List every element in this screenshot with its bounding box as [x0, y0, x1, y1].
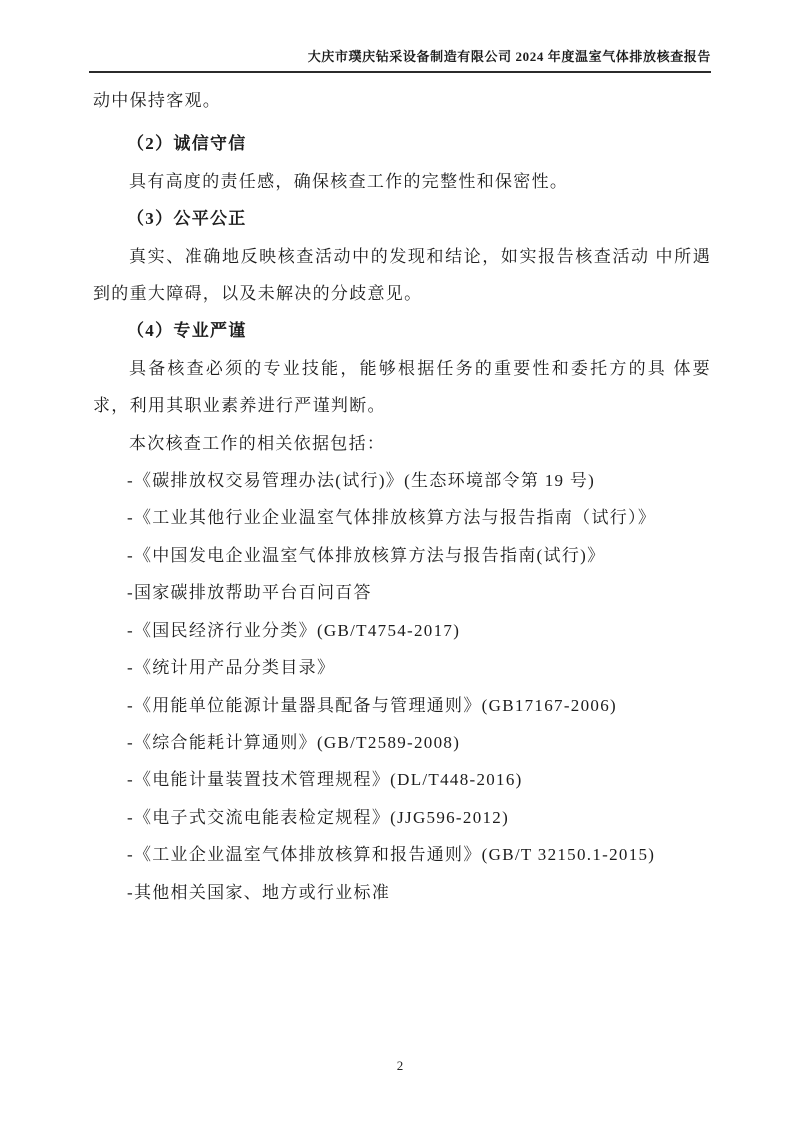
section-heading-4: （4）专业严谨: [93, 312, 711, 349]
page-header-title: 大庆市璞庆钻采设备制造有限公司 2024 年度温室气体排放核查报告: [89, 46, 711, 73]
section-body-4: 具备核查必须的专业技能，能够根据任务的重要性和委托方的具 体要求，利用其职业素养…: [93, 350, 711, 425]
list-item: -《碳排放权交易管理办法(试行)》(生态环境部令第 19 号): [93, 462, 711, 499]
list-item: -国家碳排放帮助平台百问百答: [93, 574, 711, 611]
list-item: -《综合能耗计算通则》(GB/T2589-2008): [93, 724, 711, 761]
section-body-3: 真实、准确地反映核查活动中的发现和结论，如实报告核查活动 中所遇到的重大障碍，以…: [93, 238, 711, 313]
list-item: -《工业其他行业企业温室气体排放核算方法与报告指南（试行）》: [93, 499, 711, 536]
list-item: -《电能计量装置技术管理规程》(DL/T448-2016): [93, 761, 711, 798]
section-body-2: 具有高度的责任感，确保核查工作的完整性和保密性。: [93, 163, 711, 200]
section-heading-2: （2）诚信守信: [93, 125, 711, 162]
basis-reference-list: -《碳排放权交易管理办法(试行)》(生态环境部令第 19 号) -《工业其他行业…: [93, 462, 711, 911]
list-item: -其他相关国家、地方或行业标准: [93, 874, 711, 911]
list-item: -《用能单位能源计量器具配备与管理通则》(GB17167-2006): [93, 687, 711, 724]
list-item: -《统计用产品分类目录》: [93, 649, 711, 686]
list-item: -《国民经济行业分类》(GB/T4754-2017): [93, 612, 711, 649]
list-item: -《工业企业温室气体排放核算和报告通则》(GB/T 32150.1-2015): [93, 836, 711, 873]
section-heading-3: （3）公平公正: [93, 200, 711, 237]
carryover-paragraph: 动中保持客观。: [93, 82, 711, 119]
list-item: -《电子式交流电能表检定规程》(JJG596-2012): [93, 799, 711, 836]
document-page: 大庆市璞庆钻采设备制造有限公司 2024 年度温室气体排放核查报告 动中保持客观…: [0, 0, 800, 1132]
document-body: 动中保持客观。 （2）诚信守信 具有高度的责任感，确保核查工作的完整性和保密性。…: [93, 82, 711, 911]
basis-intro-paragraph: 本次核查工作的相关依据包括：: [93, 425, 711, 462]
page-number: 2: [0, 1058, 800, 1074]
list-item: -《中国发电企业温室气体排放核算方法与报告指南(试行)》: [93, 537, 711, 574]
